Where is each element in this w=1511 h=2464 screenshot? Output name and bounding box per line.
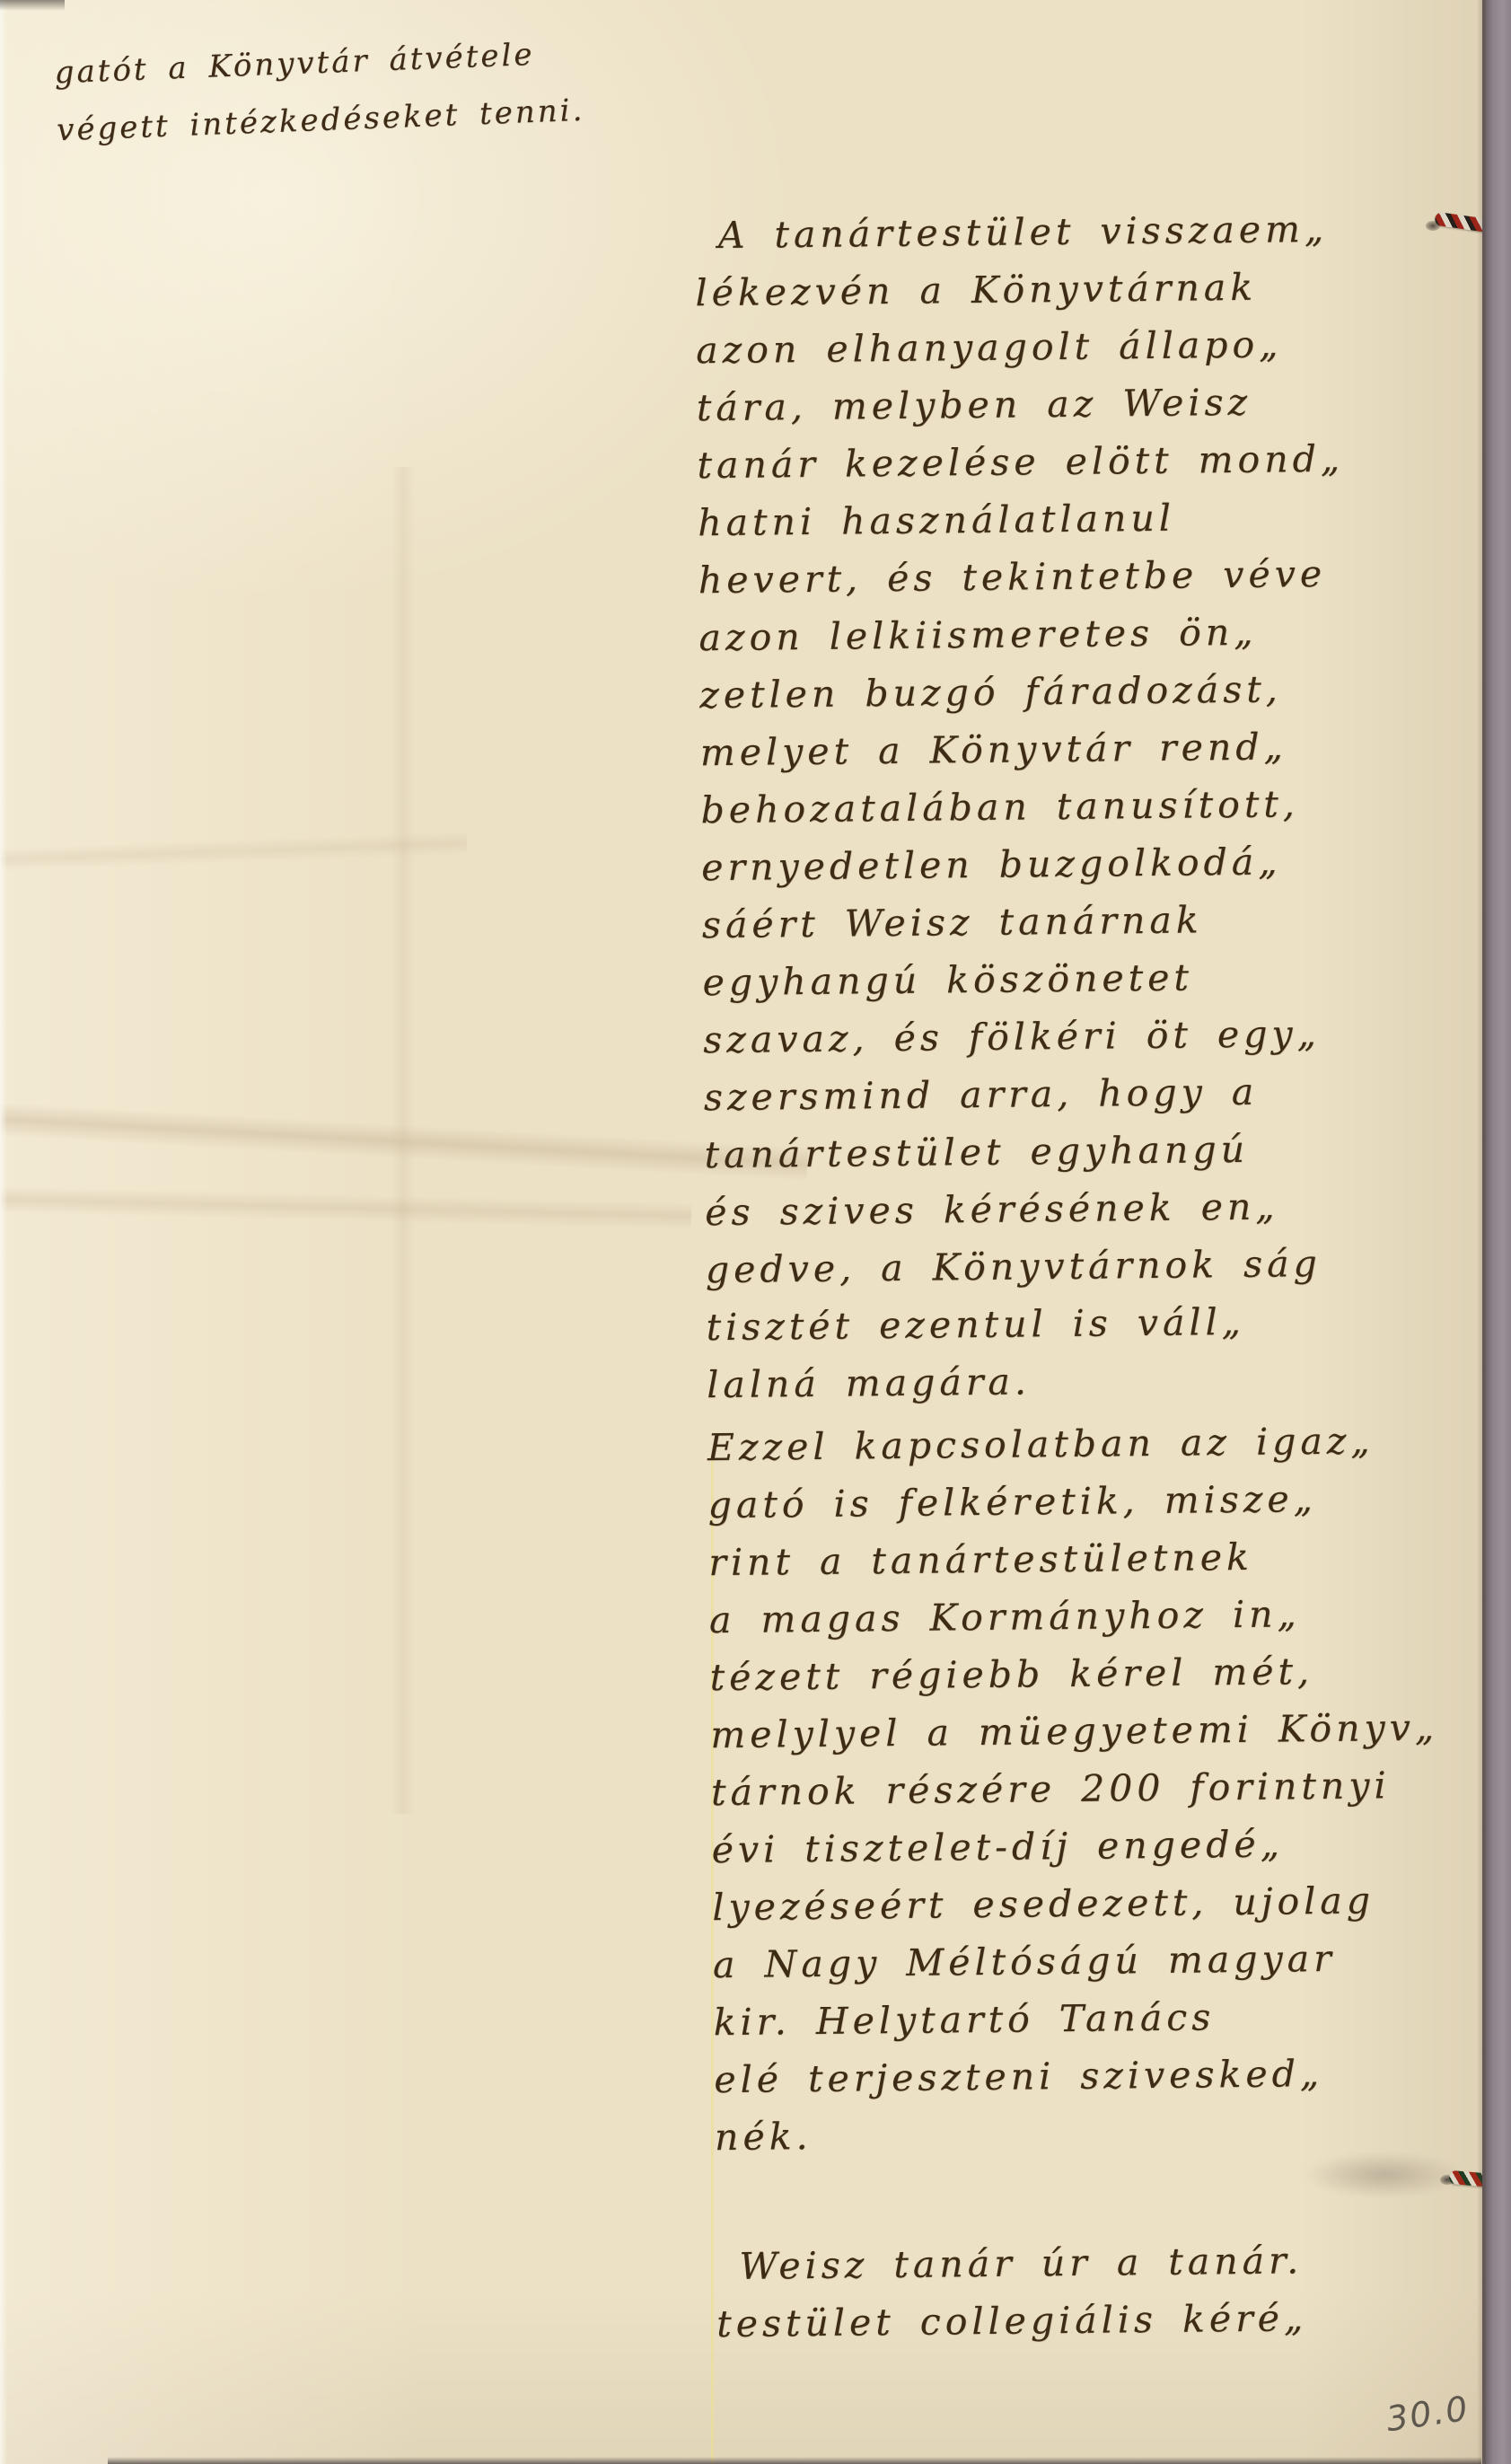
body-line: tézett régiebb kérel mét, bbox=[709, 1641, 1428, 1706]
body-line: ernyedetlen buzgolkodá„ bbox=[701, 832, 1420, 896]
body-line: egyhangú köszönetet bbox=[702, 946, 1421, 1011]
body-line: lyezéseért esedezett, ujolag bbox=[712, 1871, 1431, 1936]
page-corner-shadow bbox=[0, 0, 65, 11]
body-line: Ezzel kapcsolatban az igaz„ bbox=[707, 1412, 1427, 1476]
body-line: azon elhanyagolt állapo„ bbox=[696, 314, 1415, 379]
body-line: melyet a Könyvtár rend„ bbox=[700, 717, 1419, 781]
folio-page-number: 30.0 bbox=[1384, 2389, 1471, 2439]
page-edge-shadow bbox=[1477, 0, 1486, 2464]
paper-crease bbox=[0, 1101, 808, 1181]
body-line: behozatalában tanusított, bbox=[700, 774, 1419, 839]
manuscript-page: gatót a Könyvtár átvétele végett intézke… bbox=[0, 0, 1511, 2464]
body-line: zetlen buzgó fáradozást, bbox=[699, 659, 1419, 724]
paper-crease bbox=[0, 1185, 691, 1229]
body-line: melylyel a müegyetemi Könyv„ bbox=[710, 1699, 1429, 1764]
page-edge-bottom bbox=[108, 2457, 1481, 2464]
body-line: évi tisztelet-díj engedé„ bbox=[711, 1814, 1430, 1879]
body-line: tanár kezelése elött mond„ bbox=[697, 429, 1416, 494]
body-line: és szives kérésének en„ bbox=[705, 1176, 1424, 1241]
body-line: testület collegiális kéré„ bbox=[716, 2288, 1436, 2353]
body-line: gedve, a Könyvtárnok ság bbox=[706, 1234, 1425, 1298]
body-line: A tanártestület visszaem„ bbox=[695, 199, 1414, 264]
body-line: lalná magára. bbox=[707, 1349, 1426, 1413]
paragraph: A tanártestület visszaem„ lékezvén a Kön… bbox=[695, 199, 1426, 1413]
scan-background-strip bbox=[1482, 0, 1511, 2464]
body-line: tára, melyben az Weisz bbox=[697, 372, 1416, 436]
body-line: a magas Kormányhoz in„ bbox=[709, 1584, 1428, 1649]
paper-crease bbox=[0, 832, 467, 871]
body-line: kir. Helytartó Tanács bbox=[713, 1986, 1432, 2051]
body-line: Weisz tanár úr a tanár. bbox=[716, 2231, 1435, 2295]
body-line: tanártestület egyhangú bbox=[704, 1119, 1423, 1184]
body-line: tárnok részére 200 forintnyi bbox=[711, 1756, 1430, 1821]
paper-tear-smudge bbox=[1304, 2152, 1465, 2198]
body-line: sáért Weisz tanárnak bbox=[702, 889, 1421, 954]
body-line: rint a tanártestületnek bbox=[708, 1527, 1428, 1591]
paragraph: Weisz tanár úr a tanár. testület collegi… bbox=[716, 2231, 1435, 2353]
paragraph: Ezzel kapcsolatban az igaz„ gató is felk… bbox=[707, 1412, 1434, 2166]
body-line: tisztét ezentul is váll„ bbox=[706, 1291, 1425, 1356]
page-edge-left bbox=[0, 0, 7, 2464]
body-line: a Nagy Méltóságú magyar bbox=[713, 1929, 1432, 1993]
body-line: hevert, és tekintetbe véve bbox=[698, 544, 1418, 609]
body-line: hatni használatlanul bbox=[698, 487, 1417, 551]
manuscript-body: A tanártestület visszaem„ lékezvén a Kön… bbox=[695, 199, 1436, 2353]
paper-crease bbox=[391, 467, 415, 1814]
body-line: lékezvén a Könyvtárnak bbox=[695, 257, 1414, 321]
body-line: szersmind arra, hogy a bbox=[704, 1061, 1423, 1126]
body-line: elé terjeszteni szivesked„ bbox=[714, 2044, 1433, 2108]
body-line: gató is felkéretik, misze„ bbox=[707, 1469, 1427, 1534]
margin-note: gatót a Könyvtár átvétele végett intézke… bbox=[54, 30, 586, 164]
body-line: azon lelkiismeretes ön„ bbox=[698, 602, 1418, 666]
body-line: szavaz, és fölkéri öt egy„ bbox=[703, 1004, 1422, 1069]
